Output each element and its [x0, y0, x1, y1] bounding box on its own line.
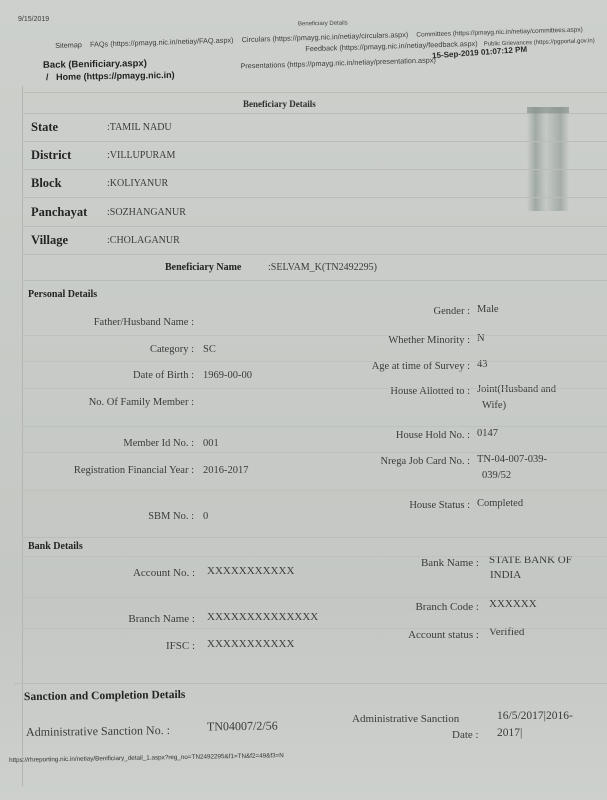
personal-left-label-2: Date of Birth :	[133, 370, 194, 381]
admin-sanction-date-label: Administrative Sanction	[352, 713, 459, 725]
beneficiary-name-label: Beneficiary Name	[165, 262, 241, 273]
bank-left-label-2: IFSC :	[166, 640, 195, 652]
bank-left-value-0: XXXXXXXXXXX	[207, 565, 294, 577]
location-label-4: Village	[31, 233, 68, 248]
beneficiary-name-value: :SELVAM_K(TN2492295)	[268, 262, 377, 273]
divider	[22, 226, 607, 227]
personal-left-label-1: Category :	[150, 344, 194, 355]
beneficiary-details-title: Beneficiary Details	[243, 99, 316, 109]
divider	[22, 597, 607, 598]
divider	[22, 426, 607, 427]
nav-sitemap-link[interactable]: Sitemap	[55, 40, 82, 50]
location-label-2: Block	[31, 176, 62, 191]
home-separator: /	[46, 72, 49, 82]
personal-left-label-0: Father/Husband Name :	[94, 317, 194, 328]
personal-right-value-3: Joint(Husband and	[477, 384, 556, 395]
personal-right-value-3-cont: Wife)	[482, 400, 506, 411]
bank-left-value-1: XXXXXXXXXXXXXX	[207, 611, 318, 623]
admin-sanction-date-value: 16/5/2017|2016-	[497, 710, 573, 722]
personal-right-value-5-cont: 039/52	[482, 470, 511, 481]
divider	[14, 683, 607, 684]
divider	[22, 361, 607, 362]
admin-sanction-date-value-2: 2017|	[497, 727, 522, 739]
bank-details-title: Bank Details	[28, 541, 83, 552]
divider	[22, 556, 607, 557]
divider	[22, 452, 607, 453]
divider	[22, 628, 607, 629]
bank-left-label-0: Account No. :	[133, 567, 195, 579]
divider	[22, 169, 607, 170]
bank-right-value-1: XXXXXX	[489, 598, 537, 610]
bank-right-label-0: Bank Name :	[421, 557, 479, 569]
location-value-0: :TAMIL NADU	[107, 122, 172, 133]
personal-right-value-0: Male	[477, 304, 499, 315]
sanction-details-title: Sanction and Completion Details	[24, 689, 185, 703]
page-border	[22, 86, 23, 786]
location-value-3: :SOZHANGANUR	[107, 207, 186, 218]
location-label-0: State	[31, 120, 58, 135]
location-label-1: District	[31, 148, 71, 163]
bank-right-value-0-cont: INDIA	[490, 569, 521, 581]
personal-left-value-4: 001	[203, 438, 219, 449]
print-footer-url: https://rhreporting.nic.in/netiay/Benifi…	[9, 752, 284, 764]
personal-right-label-6: House Status :	[409, 500, 470, 511]
personal-right-label-2: Age at time of Survey :	[372, 361, 470, 372]
personal-right-value-4: 0147	[477, 428, 498, 439]
admin-sanction-no-value: TN04007/2/56	[207, 719, 278, 735]
divider	[22, 537, 607, 538]
print-page-title: Beneficiary Details	[298, 21, 348, 28]
printed-page: 9/15/2019 Beneficiary Details Sitemap FA…	[0, 0, 607, 800]
print-date: 9/15/2019	[18, 16, 49, 23]
location-value-4: :CHOLAGANUR	[107, 235, 180, 246]
personal-left-label-6: SBM No. :	[148, 511, 194, 522]
personal-right-label-1: Whether Minority :	[388, 335, 470, 346]
divider	[22, 113, 607, 114]
nav-presentations-link[interactable]: Presentations (https://pmayg.nic.in/neti…	[240, 55, 436, 70]
back-link[interactable]: Back (Benificiary.aspx)	[43, 58, 147, 71]
location-value-1: :VILLUPURAM	[107, 150, 175, 161]
divider	[22, 280, 607, 281]
divider	[22, 197, 607, 198]
divider	[22, 335, 607, 336]
personal-left-value-6: 0	[203, 511, 208, 522]
personal-right-label-4: House Hold No. :	[396, 430, 470, 441]
personal-right-label-0: Gender :	[434, 306, 470, 317]
divider	[22, 490, 607, 491]
divider	[22, 254, 607, 255]
bank-right-label-2: Account status :	[408, 629, 479, 641]
divider	[22, 141, 607, 142]
personal-right-label-5: Nrega Job Card No. :	[380, 456, 470, 467]
admin-sanction-date-label-2: Date :	[452, 729, 479, 741]
admin-sanction-no-label: Administrative Sanction No. :	[26, 723, 170, 740]
personal-left-value-5: 2016-2017	[203, 465, 249, 476]
personal-left-label-4: Member Id No. :	[123, 438, 194, 449]
bank-right-label-1: Branch Code :	[415, 601, 479, 613]
personal-left-label-3: No. Of Family Member :	[89, 397, 194, 408]
location-label-3: Panchayat	[31, 205, 87, 220]
home-link-row: / Home (https://pmayg.nic.in)	[46, 70, 175, 82]
personal-right-value-5: TN-04-007-039-	[477, 454, 547, 465]
beneficiary-photo-placeholder	[527, 107, 569, 211]
divider	[22, 92, 607, 93]
location-value-2: :KOLIYANUR	[107, 178, 168, 189]
personal-left-value-2: 1969-00-00	[203, 370, 252, 381]
home-link[interactable]: Home (https://pmayg.nic.in)	[56, 70, 175, 82]
divider	[22, 388, 607, 389]
bank-left-value-2: XXXXXXXXXXX	[207, 638, 294, 650]
personal-left-label-5: Registration Financial Year :	[74, 465, 194, 476]
personal-left-value-1: SC	[203, 344, 216, 355]
personal-details-title: Personal Details	[28, 289, 97, 300]
personal-right-value-6: Completed	[477, 498, 523, 509]
bank-left-label-1: Branch Name :	[128, 613, 195, 625]
